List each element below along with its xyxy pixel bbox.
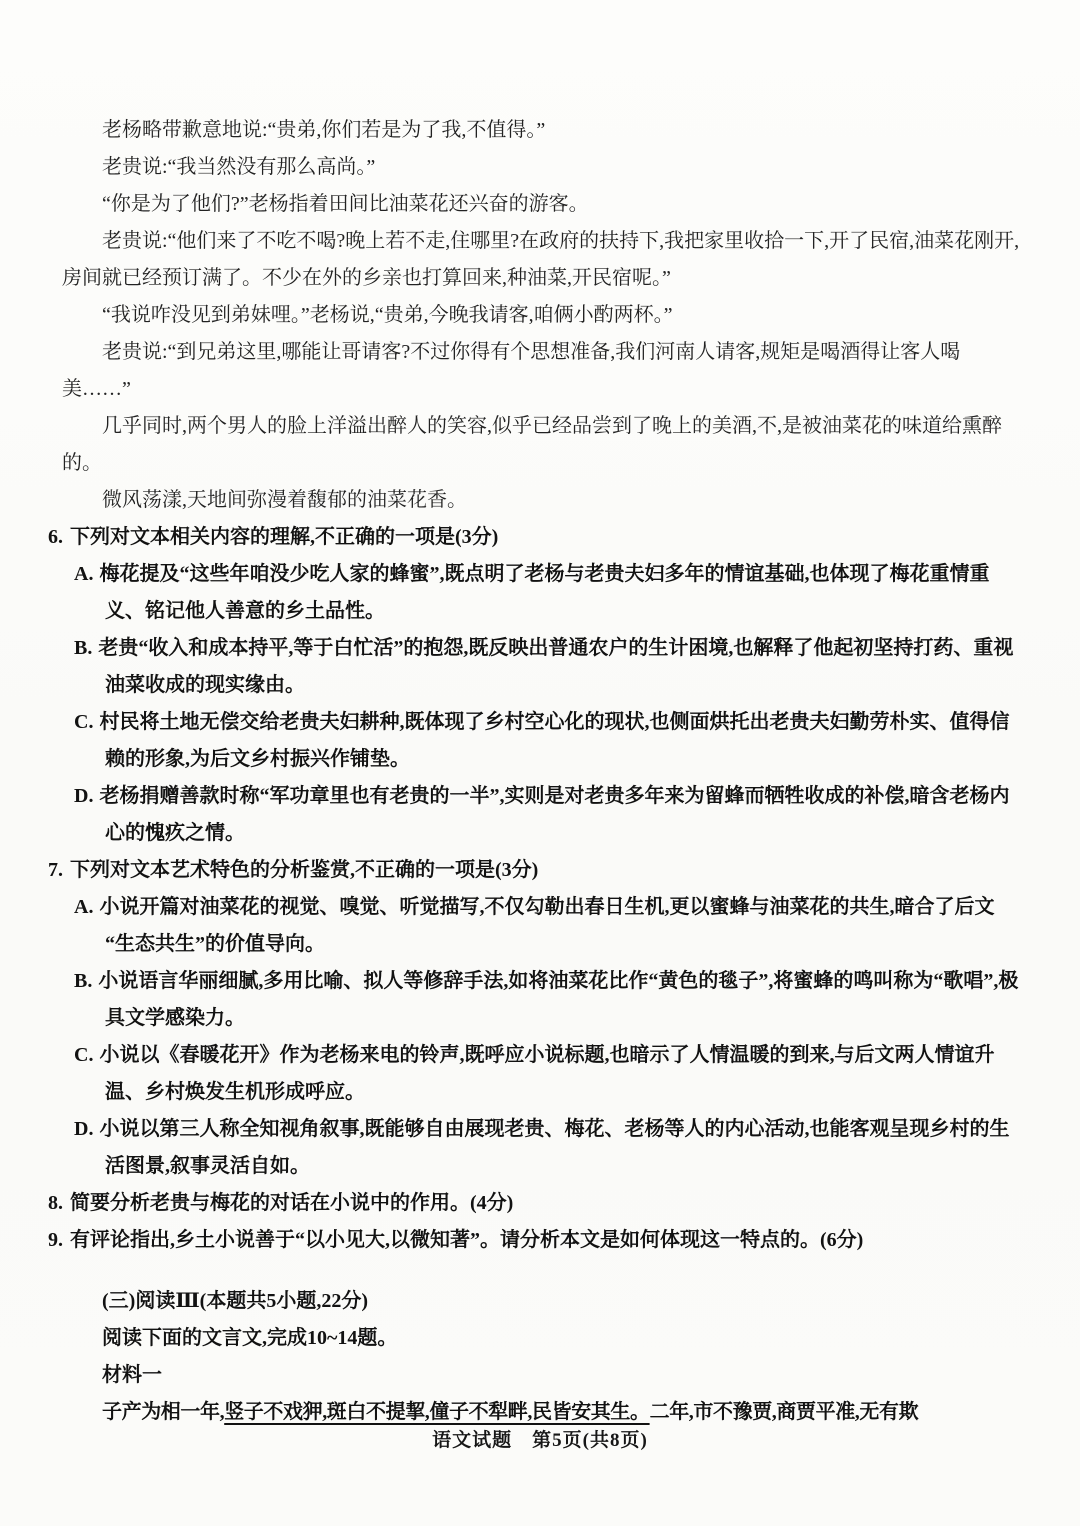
passage-paragraph: 老贵说:“我当然没有那么高尚。” [62, 149, 1024, 186]
passage-paragraph: “我说咋没见到弟妹哩。”老杨说,“贵弟,今晚我请客,咱俩小酌两杯。” [62, 297, 1024, 334]
question-6-option-d: D.老杨捐赠善款时称“军功章里也有老贵的一半”,实则是对老贵多年来为留蜂而牺牲收… [74, 778, 1024, 852]
option-text: 老贵“收入和成本持平,等于白忙活”的抱怨,既反映出普通农户的生计困境,也解释了他… [98, 637, 1013, 696]
option-label: D. [74, 1118, 93, 1140]
passage-paragraph: 几乎同时,两个男人的脸上洋溢出醉人的笑容,似乎已经品尝到了晚上的美酒,不,是被油… [62, 408, 1024, 482]
option-label: B. [74, 970, 92, 992]
question-6-stem: 6.下列对文本相关内容的理解,不正确的一项是(3分) [48, 519, 1024, 556]
question-number: 8. [48, 1192, 63, 1214]
option-text: 小说以第三人称全知视角叙事,既能够自由展现老贵、梅花、老杨等人的内心活动,也能客… [99, 1118, 1009, 1177]
material-text-pre: 子产为相一年, [102, 1401, 224, 1423]
passage-paragraph: 微风荡漾,天地间弥漫着馥郁的油菜花香。 [62, 482, 1024, 519]
question-9: 9.有评论指出,乡土小说善于“以小见大,以微知著”。请分析本文是如何体现这一特点… [48, 1222, 1024, 1259]
option-text: 村民将土地无偿交给老贵夫妇耕种,既体现了乡村空心化的现状,也侧面烘托出老贵夫妇勤… [99, 711, 1009, 770]
material-underlined-segment: 竖子不戏狎,斑白不提挈,僮子不犁畔,民皆安其生。 [224, 1401, 649, 1423]
option-label: A. [74, 896, 93, 918]
question-7: 7.下列对文本艺术特色的分析鉴赏,不正确的一项是(3分) A.小说开篇对油菜花的… [48, 852, 1024, 1185]
question-number: 9. [48, 1229, 63, 1251]
section-instruction: 阅读下面的文言文,完成10~14题。 [62, 1320, 1024, 1357]
question-7-option-d: D.小说以第三人称全知视角叙事,既能够自由展现老贵、梅花、老杨等人的内心活动,也… [74, 1111, 1024, 1185]
question-6-option-b: B.老贵“收入和成本持平,等于白忙活”的抱怨,既反映出普通农户的生计困境,也解释… [74, 630, 1024, 704]
section-heading: (三)阅读Ⅲ(本题共5小题,22分) [62, 1283, 1024, 1320]
page-footer: 语文试题 第5页(共8页) [0, 1425, 1080, 1452]
reading-passage: 老杨略带歉意地说:“贵弟,你们若是为了我,不值得。” 老贵说:“我当然没有那么高… [48, 112, 1024, 519]
question-number: 7. [48, 859, 63, 881]
option-label: B. [74, 637, 92, 659]
option-text: 小说以《春暖花开》作为老杨来电的铃声,既呼应小说标题,也暗示了人情温暖的到来,与… [99, 1044, 994, 1103]
passage-paragraph: 老贵说:“他们来了不吃不喝?晚上若不走,住哪里?在政府的扶持下,我把家里收拾一下… [62, 223, 1024, 297]
option-label: C. [74, 711, 93, 733]
question-7-option-a: A.小说开篇对油菜花的视觉、嗅觉、听觉描写,不仅勾勒出春日生机,更以蜜蜂与油菜花… [74, 889, 1024, 963]
question-stem-text: 下列对文本相关内容的理解,不正确的一项是(3分) [70, 526, 498, 548]
exam-page: 老杨略带歉意地说:“贵弟,你们若是为了我,不值得。” 老贵说:“我当然没有那么高… [0, 0, 1080, 1526]
question-7-option-c: C.小说以《春暖花开》作为老杨来电的铃声,既呼应小说标题,也暗示了人情温暖的到来… [74, 1037, 1024, 1111]
option-text: 梅花提及“这些年咱没少吃人家的蜂蜜”,既点明了老杨与老贵夫妇多年的情谊基础,也体… [99, 563, 989, 622]
option-label: A. [74, 563, 93, 585]
question-6: 6.下列对文本相关内容的理解,不正确的一项是(3分) A.梅花提及“这些年咱没少… [48, 519, 1024, 852]
question-7-option-b: B.小说语言华丽细腻,多用比喻、拟人等修辞手法,如将油菜花比作“黄色的毯子”,将… [74, 963, 1024, 1037]
question-stem-text: 有评论指出,乡土小说善于“以小见大,以微知著”。请分析本文是如何体现这一特点的。… [70, 1229, 863, 1251]
option-label: D. [74, 785, 93, 807]
question-6-option-a: A.梅花提及“这些年咱没少吃人家的蜂蜜”,既点明了老杨与老贵夫妇多年的情谊基础,… [74, 556, 1024, 630]
question-7-stem: 7.下列对文本艺术特色的分析鉴赏,不正确的一项是(3分) [48, 852, 1024, 889]
option-text: 小说开篇对油菜花的视觉、嗅觉、听觉描写,不仅勾勒出春日生机,更以蜜蜂与油菜花的共… [99, 896, 994, 955]
option-text: 老杨捐赠善款时称“军功章里也有老贵的一半”,实则是对老贵多年来为留蜂而牺牲收成的… [99, 785, 1009, 844]
option-label: C. [74, 1044, 93, 1066]
passage-paragraph: 老杨略带歉意地说:“贵弟,你们若是为了我,不值得。” [62, 112, 1024, 149]
material-label: 材料一 [62, 1357, 1024, 1394]
question-stem-text: 简要分析老贵与梅花的对话在小说中的作用。(4分) [70, 1192, 513, 1214]
section-3-reading: (三)阅读Ⅲ(本题共5小题,22分) 阅读下面的文言文,完成10~14题。 材料… [48, 1283, 1024, 1431]
option-text: 小说语言华丽细腻,多用比喻、拟人等修辞手法,如将油菜花比作“黄色的毯子”,将蜜蜂… [98, 970, 1018, 1029]
passage-paragraph: 老贵说:“到兄弟这里,哪能让哥请客?不过你得有个思想准备,我们河南人请客,规矩是… [62, 334, 1024, 408]
material-text-post: 二年,市不豫贾,商贾平准,无有欺 [650, 1401, 919, 1423]
page-content: 老杨略带歉意地说:“贵弟,你们若是为了我,不值得。” 老贵说:“我当然没有那么高… [0, 0, 1080, 1431]
question-9-stem: 9.有评论指出,乡土小说善于“以小见大,以微知著”。请分析本文是如何体现这一特点… [48, 1222, 1024, 1259]
question-8-stem: 8.简要分析老贵与梅花的对话在小说中的作用。(4分) [48, 1185, 1024, 1222]
question-6-option-c: C.村民将土地无偿交给老贵夫妇耕种,既体现了乡村空心化的现状,也侧面烘托出老贵夫… [74, 704, 1024, 778]
question-number: 6. [48, 526, 63, 548]
question-stem-text: 下列对文本艺术特色的分析鉴赏,不正确的一项是(3分) [70, 859, 538, 881]
passage-paragraph: “你是为了他们?”老杨指着田间比油菜花还兴奋的游客。 [62, 186, 1024, 223]
question-8: 8.简要分析老贵与梅花的对话在小说中的作用。(4分) [48, 1185, 1024, 1222]
